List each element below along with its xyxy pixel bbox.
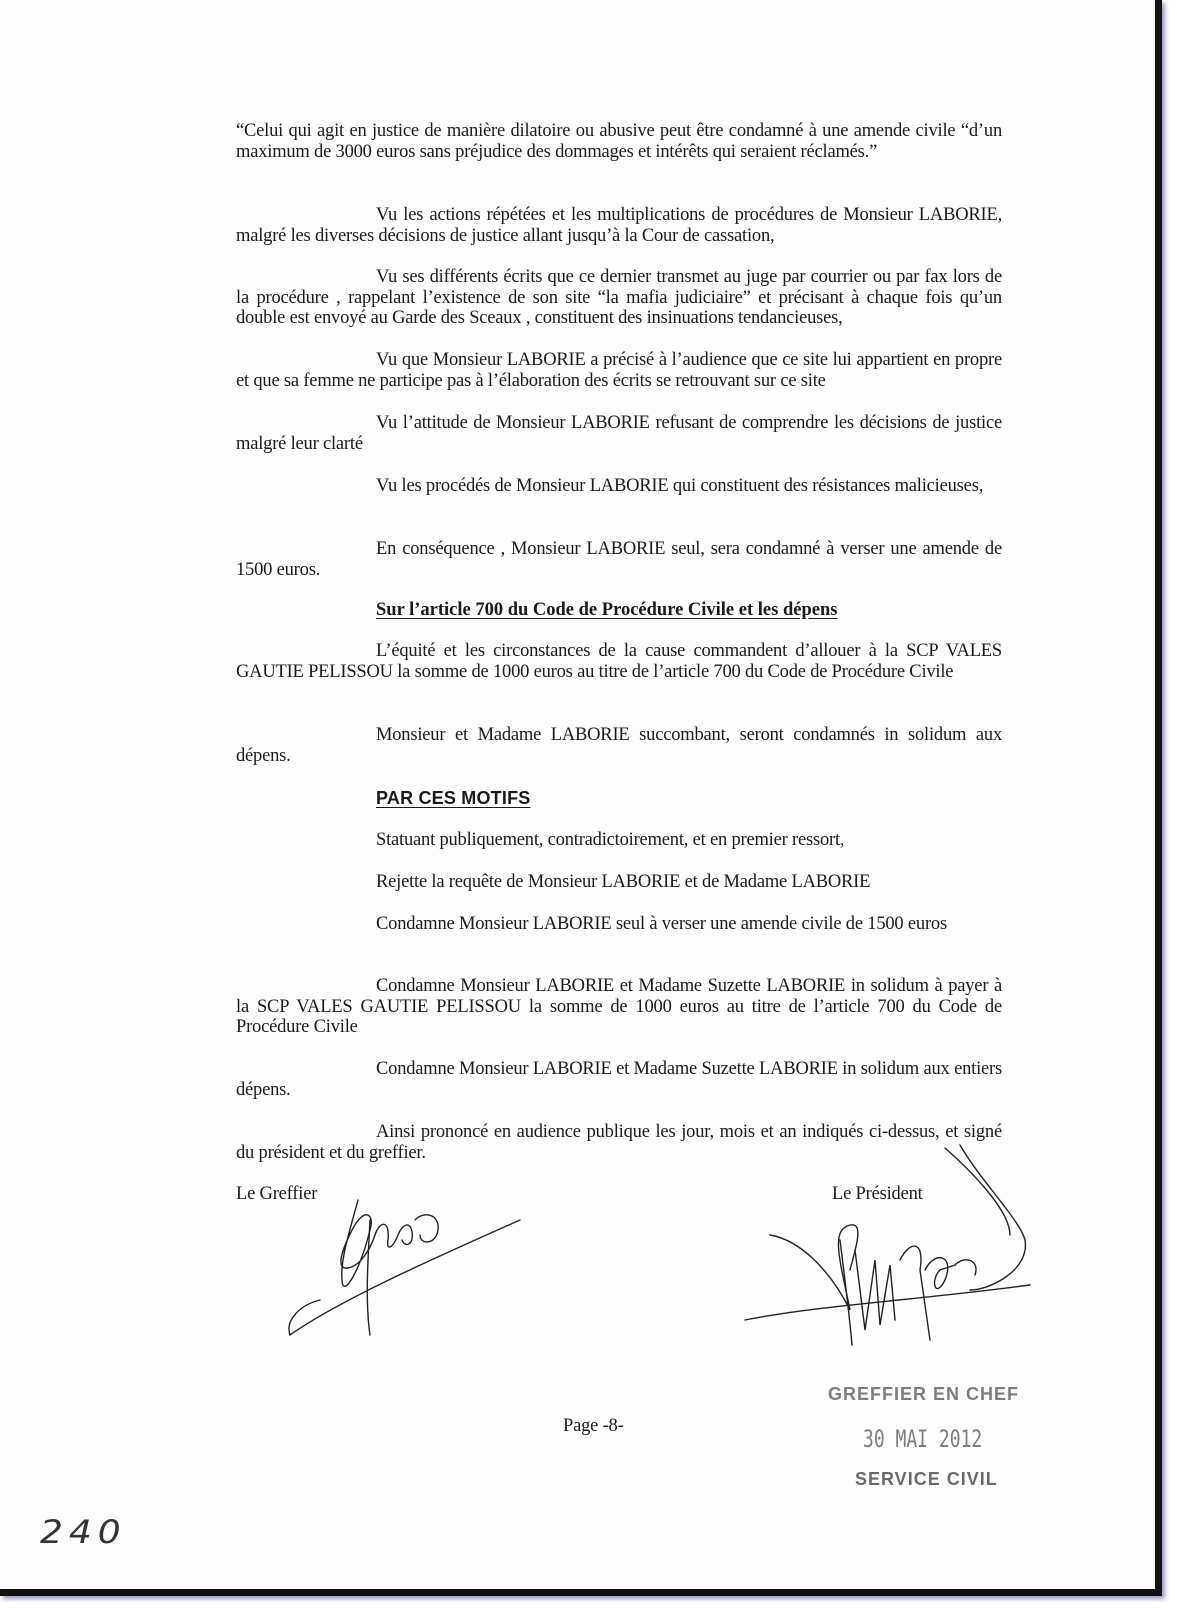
paragraph-text: L’équité et les circonstances de la caus… [236, 641, 1002, 682]
stamp-service-civil: SERVICE CIVIL [855, 1469, 998, 1490]
paragraph-text: Condamne Monsieur LABORIE et Madame Suze… [236, 1059, 1002, 1100]
president-signature-icon [740, 1140, 1040, 1360]
paragraph-site: Vu que Monsieur LABORIE a précisé à l’au… [236, 350, 1002, 391]
paragraph-actions: Vu les actions répétées et les multiplic… [236, 205, 1002, 246]
paragraph-proceedings: Vu les procédés de Monsieur LABORIE qui … [236, 476, 1002, 497]
paragraph-text: Vu les actions répétées et les multiplic… [236, 205, 1002, 246]
paragraph-text: En conséquence , Monsieur LABORIE seul, … [236, 539, 1002, 580]
paragraph-consequence: En conséquence , Monsieur LABORIE seul, … [236, 539, 1002, 580]
ruling-costs: Condamne Monsieur LABORIE et Madame Suze… [236, 1059, 1002, 1100]
page-number: Page -8- [563, 1416, 624, 1437]
stamp-date: 30 MAI 2012 [863, 1425, 982, 1453]
stamp-greffier-en-chef: GREFFIER EN CHEF [828, 1384, 1019, 1405]
paragraph-text: Monsieur et Madame LABORIE succombant, s… [236, 725, 1002, 766]
greffier-signature-icon [280, 1190, 530, 1350]
paragraph-text: Condamne Monsieur LABORIE seul à verser … [236, 914, 1002, 935]
paragraph-quote: “Celui qui agit en justice de manière di… [236, 121, 1002, 162]
section-heading-motifs: PAR CES MOTIFS [376, 788, 530, 809]
ruling-line-statuant: Statuant publiquement, contradictoiremen… [376, 830, 844, 851]
paragraph-text: Vu l’attitude de Monsieur LABORIE refusa… [236, 413, 1002, 454]
paragraph-text: “Celui qui agit en justice de manière di… [236, 121, 1002, 162]
ruling-article-700: Condamne Monsieur LABORIE et Madame Suze… [236, 976, 1002, 1038]
handwritten-folio-number: 240 [40, 1514, 127, 1551]
paragraph-writings: Vu ses différents écrits que ce dernier … [236, 267, 1002, 329]
paragraph-text: Vu que Monsieur LABORIE a précisé à l’au… [236, 350, 1002, 391]
paragraph-text: Vu les procédés de Monsieur LABORIE qui … [236, 476, 1002, 497]
section-heading-article-700: Sur l’article 700 du Code de Procédure C… [376, 600, 837, 621]
paragraph-text: Vu ses différents écrits que ce dernier … [236, 267, 1002, 329]
ruling-line-rejette: Rejette la requête de Monsieur LABORIE e… [376, 872, 870, 893]
paragraph-text: Condamne Monsieur LABORIE et Madame Suze… [236, 976, 1002, 1038]
paragraph-costs: Monsieur et Madame LABORIE succombant, s… [236, 725, 1002, 766]
ruling-fine: Condamne Monsieur LABORIE seul à verser … [236, 914, 1002, 935]
paragraph-attitude: Vu l’attitude de Monsieur LABORIE refusa… [236, 413, 1002, 454]
document-page: “Celui qui agit en justice de manière di… [0, 0, 1162, 1596]
paragraph-equity: L’équité et les circonstances de la caus… [236, 641, 1002, 682]
